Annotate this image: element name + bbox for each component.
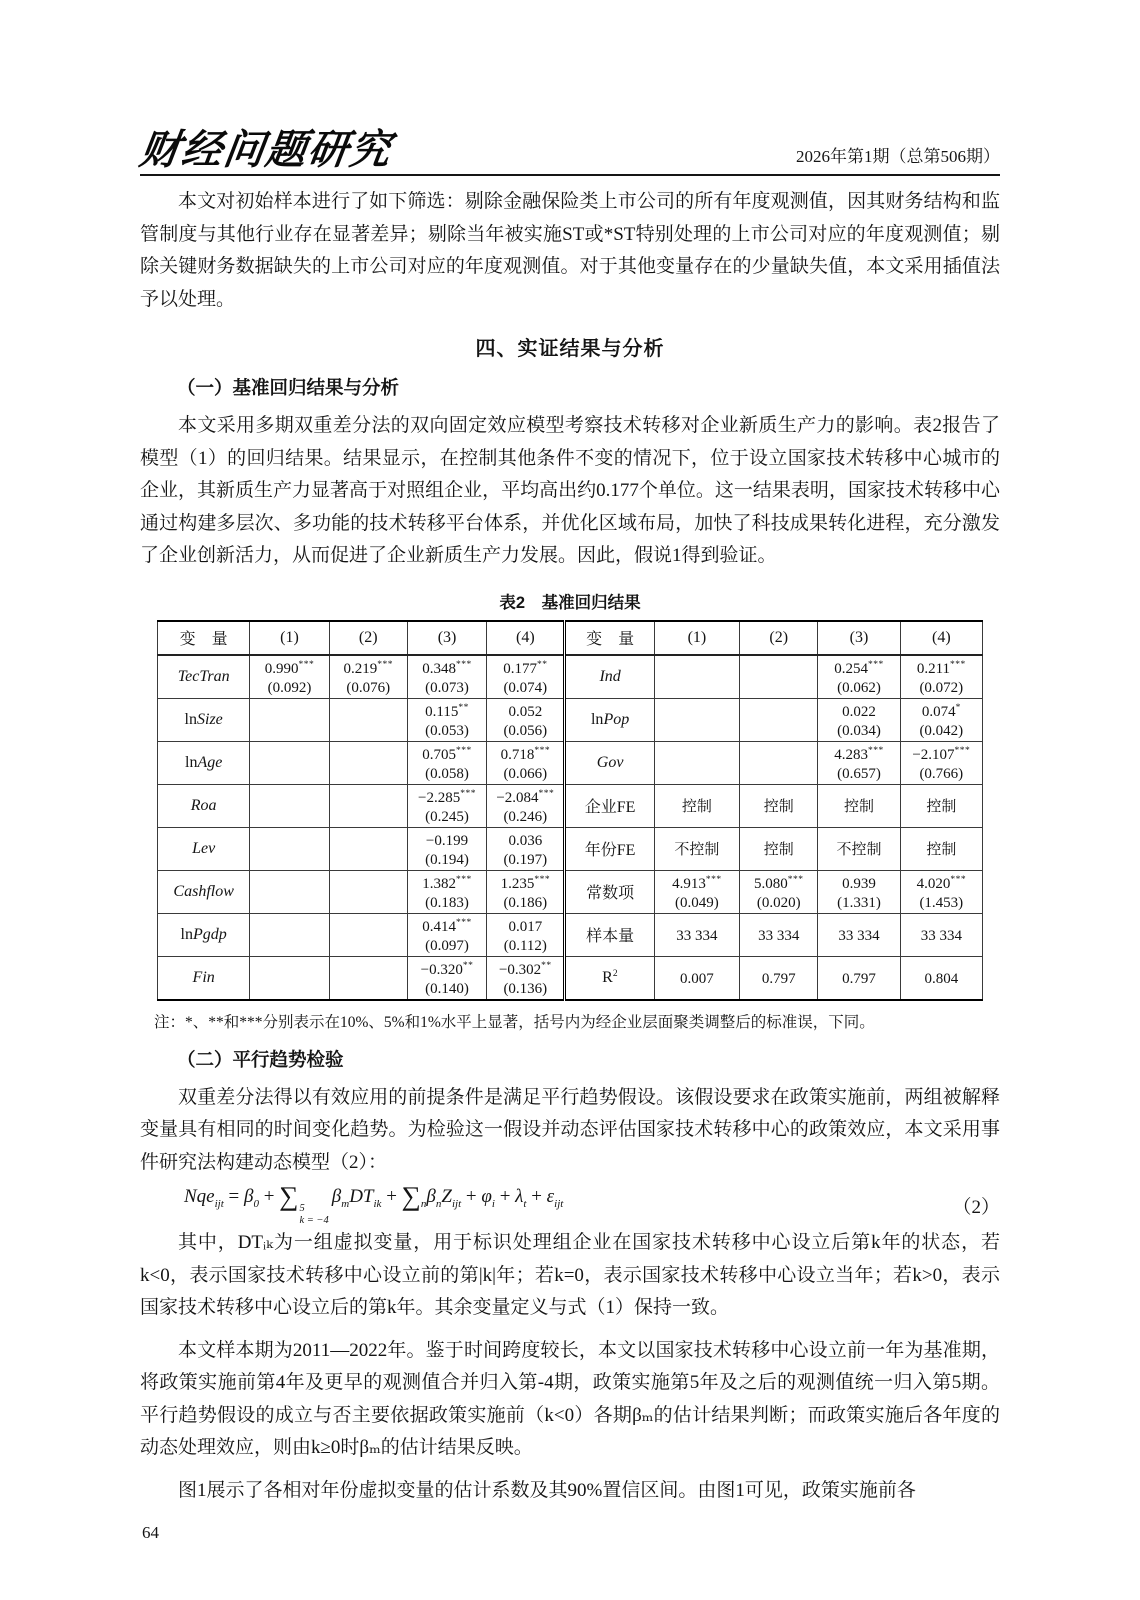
subsection-heading-parallel-trend: （二）平行趋势检验 [140, 1046, 1000, 1072]
coef-cell: 0.074*(0.042) [900, 698, 982, 741]
table-row: Cashflow 1.382***(0.183) 1.235***(0.186)… [158, 870, 983, 913]
coef-cell: 0.254***(0.062) [818, 655, 900, 699]
coef-cell: 33 334 [740, 913, 818, 956]
table-header-row: 变 量 (1) (2) (3) (4) 变 量 (1) (2) (3) (4) [158, 621, 983, 655]
table-row: Fin −0.320**(0.140) −0.302**(0.136) R2 0… [158, 956, 983, 1000]
section-heading-results: 四、实证结果与分析 [140, 332, 1000, 361]
coef-cell [250, 827, 329, 870]
coef-cell: 0.036(0.197) [487, 827, 565, 870]
var-label: TecTran [158, 655, 250, 699]
table-header-cell: (1) [654, 621, 739, 655]
paragraph-parallel-trend-intro: 双重差分法得以有效应用的前提条件是满足平行趋势假设。该假设要求在政策实施前，两组… [140, 1082, 1000, 1180]
coef-cell: 0.348***(0.073) [407, 655, 486, 699]
coef-cell: −0.320**(0.140) [407, 956, 486, 1000]
coef-cell: 0.115**(0.053) [407, 698, 486, 741]
coef-cell: 0.414***(0.097) [407, 913, 486, 956]
table-row: TecTran 0.990***(0.092) 0.219***(0.076) … [158, 655, 983, 699]
var-label: 常数项 [565, 870, 654, 913]
journal-page: 财经问题研究 2026年第1期（总第506期） 本文对初始样本进行了如下筛选：剔… [0, 0, 1140, 1600]
table-header-cell: (2) [329, 621, 407, 655]
table-header-cell: (2) [740, 621, 818, 655]
table-header-cell: (3) [407, 621, 486, 655]
coef-cell [654, 698, 739, 741]
paragraph-dt-definition: 其中，DTᵢₖ为一组虚拟变量，用于标识处理组企业在国家技术转移中心设立后第k年的… [140, 1227, 1000, 1325]
coef-cell [250, 741, 329, 784]
paragraph-figure1-intro: 图1展示了各相对年份虚拟变量的估计系数及其90%置信区间。由图1可见，政策实施前… [140, 1475, 1000, 1508]
var-label: lnSize [158, 698, 250, 741]
coef-cell: 4.913***(0.049) [654, 870, 739, 913]
coef-cell: 控制 [740, 784, 818, 827]
coef-cell: 0.804 [900, 956, 982, 1000]
table-header-cell: (4) [900, 621, 982, 655]
coef-cell [250, 784, 329, 827]
paragraph-baseline-results: 本文采用多期双重差分法的双向固定效应模型考察技术转移对企业新质生产力的影响。表2… [140, 410, 1000, 573]
coef-cell: 0.705***(0.058) [407, 741, 486, 784]
header-rule [140, 174, 1000, 176]
coef-cell: 控制 [740, 827, 818, 870]
equation-body: Nqeijt = β0 + ∑5k = −4βmDTik + ∑nβnZijt … [184, 1181, 563, 1227]
equation-number: （2） [952, 1192, 1000, 1219]
var-label: Lev [158, 827, 250, 870]
regression-table: 变 量 (1) (2) (3) (4) 变 量 (1) (2) (3) (4) … [157, 620, 983, 1001]
var-label: lnPgdp [158, 913, 250, 956]
coef-cell: 4.020***(1.453) [900, 870, 982, 913]
coef-cell: 0.797 [740, 956, 818, 1000]
var-label: Ind [565, 655, 654, 699]
var-label: lnPop [565, 698, 654, 741]
var-label: lnAge [158, 741, 250, 784]
sum-operator: ∑ [402, 1181, 421, 1211]
var-label: Gov [565, 741, 654, 784]
table-header-cell: 变 量 [158, 621, 250, 655]
coef-cell [329, 698, 407, 741]
coef-cell: 33 334 [900, 913, 982, 956]
coef-cell: 33 334 [654, 913, 739, 956]
var-label: 年份FE [565, 827, 654, 870]
var-label: Roa [158, 784, 250, 827]
table-row: Lev −0.199(0.194) 0.036(0.197) 年份FE 不控制 … [158, 827, 983, 870]
table-note: 注：*、**和***分别表示在10%、5%和1%水平上显著，括号内为经企业层面聚… [154, 1012, 1000, 1033]
coef-cell: 0.177**(0.074) [487, 655, 565, 699]
subsection-heading-baseline: （一）基准回归结果与分析 [140, 374, 1000, 400]
coef-cell [250, 956, 329, 1000]
coef-cell: −2.084***(0.246) [487, 784, 565, 827]
coef-cell: 33 334 [818, 913, 900, 956]
coef-cell: 控制 [900, 784, 982, 827]
coef-cell [329, 956, 407, 1000]
coef-cell [329, 827, 407, 870]
var-label: 样本量 [565, 913, 654, 956]
coef-cell [329, 741, 407, 784]
coef-cell [740, 698, 818, 741]
coef-cell: 0.990***(0.092) [250, 655, 329, 699]
paragraph-sample-screening: 本文对初始样本进行了如下筛选：剔除金融保险类上市公司的所有年度观测值，因其财务结… [140, 186, 1000, 316]
coef-cell [654, 655, 739, 699]
coef-cell: 不控制 [654, 827, 739, 870]
coef-cell: 0.017(0.112) [487, 913, 565, 956]
coef-cell [250, 870, 329, 913]
coef-cell [329, 913, 407, 956]
coef-cell: 1.382***(0.183) [407, 870, 486, 913]
coef-cell [740, 741, 818, 784]
table-row: lnPgdp 0.414***(0.097) 0.017(0.112) 样本量 … [158, 913, 983, 956]
coef-cell: 0.939(1.331) [818, 870, 900, 913]
coef-cell: 不控制 [818, 827, 900, 870]
coef-cell: 0.052(0.056) [487, 698, 565, 741]
page-number: 64 [142, 1523, 1000, 1543]
var-label: Cashflow [158, 870, 250, 913]
coef-cell [329, 870, 407, 913]
table-row: lnAge 0.705***(0.058) 0.718***(0.066) Go… [158, 741, 983, 784]
coef-cell: 1.235***(0.186) [487, 870, 565, 913]
coef-cell: 0.211***(0.072) [900, 655, 982, 699]
issue-info: 2026年第1期（总第506期） [796, 142, 1000, 170]
table-title: 表2 基准回归结果 [140, 589, 1000, 613]
coef-cell [329, 784, 407, 827]
coef-cell: 0.219***(0.076) [329, 655, 407, 699]
table-header-cell: (3) [818, 621, 900, 655]
sum-operator: ∑ [279, 1181, 298, 1211]
var-label: 企业FE [565, 784, 654, 827]
coef-cell: 0.797 [818, 956, 900, 1000]
coef-cell [250, 913, 329, 956]
coef-cell: 控制 [900, 827, 982, 870]
coef-cell: −2.107***(0.766) [900, 741, 982, 784]
coef-cell: 5.080***(0.020) [740, 870, 818, 913]
var-label: R2 [565, 956, 654, 1000]
table-header-cell: (1) [250, 621, 329, 655]
page-header: 财经问题研究 2026年第1期（总第506期） [140, 126, 1000, 170]
coef-cell: 控制 [818, 784, 900, 827]
coef-cell: 控制 [654, 784, 739, 827]
coef-cell [250, 698, 329, 741]
journal-logo: 财经问题研究 [137, 130, 395, 171]
table-row: Roa −2.285***(0.245) −2.084***(0.246) 企业… [158, 784, 983, 827]
table-header-cell: (4) [487, 621, 565, 655]
coef-cell: 0.718***(0.066) [487, 741, 565, 784]
paragraph-sample-period: 本文样本期为2011—2022年。鉴于时间跨度较长，本文以国家技术转移中心设立前… [140, 1335, 1000, 1465]
equation-2: Nqeijt = β0 + ∑5k = −4βmDTik + ∑nβnZijt … [140, 1183, 1000, 1225]
coef-cell: 0.007 [654, 956, 739, 1000]
coef-cell: −0.302**(0.136) [487, 956, 565, 1000]
table-header-cell: 变 量 [565, 621, 654, 655]
coef-cell [654, 741, 739, 784]
coef-cell [740, 655, 818, 699]
coef-cell: 0.022(0.034) [818, 698, 900, 741]
coef-cell: −0.199(0.194) [407, 827, 486, 870]
coef-cell: 4.283***(0.657) [818, 741, 900, 784]
coef-cell: −2.285***(0.245) [407, 784, 486, 827]
var-label: Fin [158, 956, 250, 1000]
table-row: lnSize 0.115**(0.053) 0.052(0.056) lnPop… [158, 698, 983, 741]
